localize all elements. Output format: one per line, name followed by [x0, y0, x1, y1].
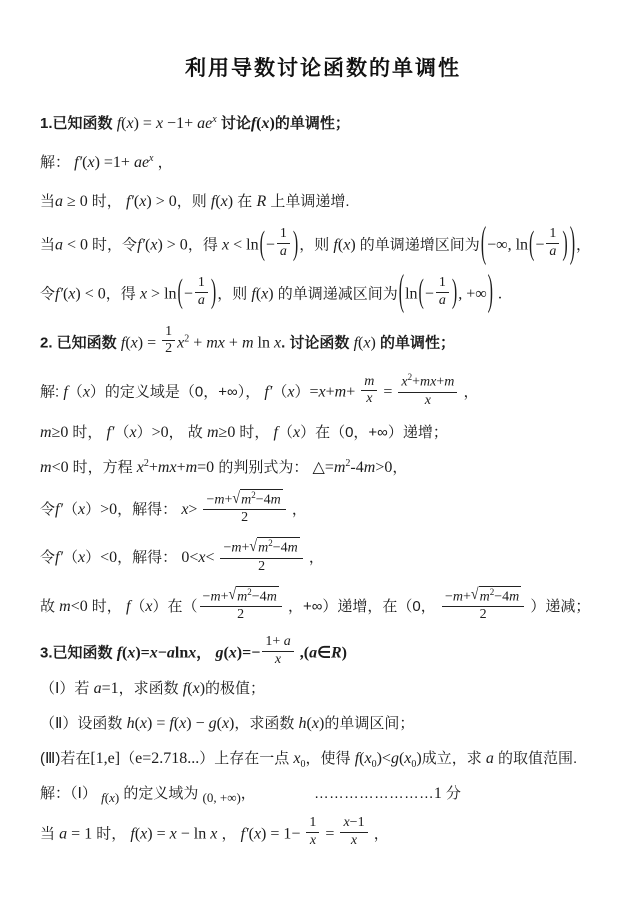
math-bold-roman-fragment: ,( [296, 644, 309, 661]
math-italic-fragment: a [439, 293, 446, 308]
math-bold-italic-fragment: a [309, 644, 317, 661]
text-line: 解：（Ⅰ） f(x) 的定义域为 (0, +∞)，……………………1 分 [40, 782, 606, 807]
sqrt-body: m2−4m [479, 586, 522, 606]
math-roman-fragment: 2 [241, 510, 248, 525]
math-roman-fragment: = [379, 384, 396, 401]
fraction-denominator: x [262, 651, 293, 669]
math-roman-fragment: ≥0 [219, 424, 240, 441]
math-roman-fragment: −1+ [163, 115, 197, 132]
text-line: 3.已知函数 f(x)=x−alnx， g(x)=−1+ ax ,(a∈R) [40, 636, 606, 671]
fraction-numerator: −m+√m2−4m [203, 489, 285, 509]
text-fragment: 时， [72, 424, 106, 441]
text-fragment: ， [459, 384, 478, 401]
math-italic-fragment: f′ [137, 237, 145, 254]
text-fragment: （ [120, 750, 135, 767]
big-paren: ) [569, 213, 576, 280]
text-fragment: 在 [233, 193, 256, 210]
big-paren: ( [418, 269, 425, 321]
text-fragment: ，解得： [117, 501, 181, 518]
text-fragment: ，求函数 [234, 715, 298, 732]
math-italic-fragment: m [364, 374, 374, 389]
radical-sign: √ [471, 587, 479, 606]
bold-text-fragment: 已知函数 [53, 115, 117, 132]
math-roman-fragment: − [445, 589, 453, 604]
math-roman-fragment: −∞, ln [487, 237, 528, 254]
math-italic-fragment: m [59, 598, 71, 615]
math-roman-fragment: −4 [273, 541, 288, 556]
fraction-numerator: −m+√m2−4m [200, 586, 282, 606]
lowered-group: (0, +∞) [203, 790, 241, 805]
text-fragment: ， [392, 459, 407, 476]
math-roman-fragment: 1 [434, 785, 446, 802]
math-bold-italic-fragment: a [167, 644, 175, 661]
fraction-denominator: 2 [220, 558, 302, 576]
sqrt-radical: √m2−4m [228, 586, 278, 606]
text-line: m≥0 时， f′（x）>0， 故 m≥0 时， f（x）在（0，+∞）递增； [40, 421, 606, 446]
fraction: 1a [277, 226, 290, 261]
text-fragment: ，解得： [117, 549, 181, 566]
math-italic-fragment: a [55, 237, 63, 254]
math-italic-fragment: x [87, 154, 94, 171]
text-line: 当 a = 1 时， f(x) = x − ln x ， f′(x) = 1− … [40, 817, 606, 852]
math-italic-fragment: a [94, 680, 102, 697]
text-fragment: （ [278, 424, 293, 441]
math-italic-fragment: x [137, 459, 144, 476]
text-fragment: …………………… [314, 785, 434, 802]
text-fragment: （ [63, 549, 78, 566]
math-roman-fragment: + [326, 384, 335, 401]
text-fragment: ） [85, 549, 100, 566]
math-roman-fragment: −4 [252, 589, 267, 604]
math-roman-fragment: =0 [197, 459, 214, 476]
math-italic-fragment: a [55, 193, 63, 210]
text-fragment: ）在（ [153, 598, 198, 615]
text-fragment: 时， [239, 424, 273, 441]
math-italic-fragment: f′ [74, 154, 82, 171]
math-italic-fragment: x [221, 193, 228, 210]
math-roman-fragment: =1 [102, 680, 119, 697]
text-fragment: ， 故 [169, 424, 207, 441]
math-roman-fragment: −4 [494, 589, 509, 604]
text-fragment: ）递减； [526, 598, 590, 615]
math-italic-fragment: m [242, 334, 254, 351]
math-italic-fragment: f′ [55, 501, 63, 518]
big-paren: ( [177, 269, 184, 321]
fraction-denominator: x [398, 392, 457, 410]
text-fragment: ）在（0，+∞）递增； [300, 424, 448, 441]
math-italic-fragment: m [480, 589, 490, 604]
text-fragment: ，则 [299, 237, 333, 254]
math-italic-fragment: h [299, 715, 307, 732]
math-italic-fragment: m [214, 493, 224, 508]
math-italic-fragment: a [280, 244, 287, 259]
math-italic-fragment: m [241, 493, 251, 508]
fraction-numerator: 1 [306, 815, 319, 832]
fraction-denominator: x [340, 832, 367, 850]
math-roman-fragment: (0, +∞) [203, 790, 241, 805]
fraction-denominator: x [361, 390, 377, 408]
fraction-numerator: x−1 [340, 815, 367, 832]
text-fragment: 当 [40, 237, 55, 254]
text-fragment: 的单调递减区间为 [274, 285, 398, 302]
math-roman-fragment: , +∞ [458, 285, 486, 302]
page-title: 利用导数讨论函数的单调性 [40, 52, 606, 82]
big-paren: ( [259, 220, 266, 272]
math-roman-fragment: = [309, 384, 318, 401]
math-roman-fragment: ) < 0 [75, 285, 105, 302]
math-bold-roman-fragment: ∈ [317, 644, 331, 661]
fraction-numerator: 1 [195, 275, 208, 292]
math-italic-fragment: x [366, 391, 372, 406]
math-roman-fragment: 2 [258, 559, 265, 574]
bold-text-fragment: . 讨论函数 [281, 334, 354, 351]
fraction-denominator: 2 [200, 606, 282, 624]
math-italic-fragment: m [207, 424, 219, 441]
document-content: 1.已知函数 f(x) = x −1+ aex 讨论f(x)的单调性；解： f′… [40, 112, 606, 852]
math-italic-fragment: m [40, 459, 52, 476]
text-fragment: 时，方程 [73, 459, 137, 476]
text-fragment: ）的定义域是（0，+∞）， [90, 384, 264, 401]
math-italic-fragment: f′ [126, 193, 134, 210]
math-roman-fragment: 1 [439, 275, 446, 290]
math-italic-fragment: a [59, 826, 67, 843]
math-roman-fragment: ) = [138, 334, 160, 351]
fraction: mx [361, 374, 377, 409]
sqrt-body: m2−4m [257, 537, 300, 557]
fraction-denominator: 2 [442, 606, 524, 624]
text-fragment: 当 [40, 193, 55, 210]
text-fragment: 的取值范围. [494, 750, 577, 767]
math-roman-fragment: )< [377, 750, 391, 767]
math-italic-fragment: x [145, 598, 152, 615]
math-bold-roman-fragment: ) [342, 644, 347, 661]
math-italic-fragment: x [83, 384, 90, 401]
math-italic-fragment: x [293, 750, 300, 767]
math-roman-fragment: − [266, 237, 275, 254]
text-line: 1.已知函数 f(x) = x −1+ aex 讨论f(x)的单调性； [40, 112, 606, 137]
math-italic-fragment: ae [197, 115, 212, 132]
text-line: 当a ≥ 0 时， f′(x) > 0，则 f(x) 在 R 上单调递增. [40, 190, 606, 215]
math-roman-fragment: − ln [177, 826, 210, 843]
math-roman-fragment: + [346, 384, 359, 401]
fraction-numerator: 1 [436, 275, 449, 292]
radical-sign: √ [232, 490, 240, 509]
sqrt-body: m2−4m [240, 489, 283, 509]
text-fragment: （ [130, 598, 145, 615]
math-italic-fragment: m [364, 459, 376, 476]
text-fragment: 分 [446, 785, 461, 802]
lowered-group: f(x) [101, 790, 119, 805]
math-italic-fragment: m [231, 541, 241, 556]
text-fragment: （ [114, 424, 129, 441]
math-roman-fragment: 1 [198, 275, 205, 290]
text-fragment: （ [272, 384, 287, 401]
math-italic-fragment: f′ [55, 285, 63, 302]
math-roman-fragment: < [205, 549, 218, 566]
text-fragment: ， [217, 826, 240, 843]
text-fragment: 的判别式为： [214, 459, 312, 476]
math-bold-roman-fragment: )=− [237, 644, 261, 661]
math-roman-fragment: △= [313, 459, 334, 476]
document-page: 利用导数讨论函数的单调性 1.已知函数 f(x) = x −1+ aex 讨论f… [0, 0, 642, 907]
bold-text-fragment: 的单调性； [376, 334, 455, 351]
fraction-denominator: a [277, 243, 290, 261]
math-roman-fragment: ln [254, 334, 274, 351]
text-fragment: ， [154, 154, 173, 171]
fraction-numerator: 1 [546, 226, 559, 243]
fraction-denominator: a [436, 292, 449, 310]
fraction-numerator: m [361, 374, 377, 391]
text-fragment: ， [370, 826, 389, 843]
math-roman-fragment: + [224, 493, 232, 508]
math-roman-fragment: 2 [480, 607, 487, 622]
math-roman-fragment: ) > 0 [146, 193, 176, 210]
math-roman-fragment: >0 [100, 501, 117, 518]
fraction-numerator: −m+√m2−4m [220, 537, 302, 557]
math-roman-fragment: ) − [186, 715, 208, 732]
math-italic-fragment: m [271, 493, 281, 508]
sqrt-radical: √m2−4m [249, 537, 299, 557]
math-roman-fragment: ) = 1− [261, 826, 304, 843]
big-paren: ( [528, 220, 535, 272]
math-italic-fragment: m [210, 589, 220, 604]
math-roman-fragment: ln [405, 285, 417, 302]
fraction: 1+ ax [262, 634, 293, 669]
math-roman-fragment: < ln [229, 237, 258, 254]
math-italic-fragment: R [256, 193, 266, 210]
math-italic-fragment: mx [158, 459, 177, 476]
math-italic-fragment: ae [134, 154, 149, 171]
text-fragment: ，+∞）递增，在（0， [284, 598, 440, 615]
text-line: 令f′（x）<0，解得： 0<x< −m+√m2−4m2 ， [40, 539, 606, 577]
text-fragment: ） [137, 424, 152, 441]
math-roman-fragment: 2 [165, 341, 172, 356]
text-fragment: ，求函数 [119, 680, 183, 697]
math-roman-fragment: <0 [52, 459, 73, 476]
math-italic-fragment: m [237, 589, 247, 604]
math-italic-fragment: m [267, 589, 277, 604]
math-italic-fragment: m [288, 541, 298, 556]
fraction: 1a [436, 275, 449, 310]
text-line: m<0 时，方程 x2+mx+m=0 的判别式为： △=m2-4m>0， [40, 456, 606, 481]
text-fragment: 时， [96, 826, 130, 843]
math-roman-fragment: 0< [181, 549, 198, 566]
math-italic-fragment: m [444, 375, 454, 390]
fraction-denominator: 2 [162, 340, 175, 358]
bold-text-fragment: 3. [40, 644, 53, 661]
math-bold-italic-fragment: x [150, 644, 158, 661]
fraction: 1a [546, 226, 559, 261]
text-fragment: 上单调递增. [266, 193, 349, 210]
text-fragment: ）上存在一点 [199, 750, 293, 767]
math-roman-fragment: ) = [147, 715, 169, 732]
math-roman-fragment: + [412, 375, 420, 390]
text-fragment: 令 [40, 285, 55, 302]
sqrt-body: m2−4m [236, 586, 279, 606]
big-paren: ) [292, 220, 299, 272]
math-italic-fragment: a [284, 634, 291, 649]
math-italic-fragment: m [186, 459, 198, 476]
text-fragment: 成立，求 [422, 750, 486, 767]
math-roman-fragment: > ln [147, 285, 176, 302]
math-roman-fragment: >0 [375, 459, 392, 476]
text-fragment: 解：（Ⅰ） [40, 785, 101, 802]
math-roman-fragment: + [177, 459, 186, 476]
math-roman-fragment: − [425, 285, 434, 302]
math-italic-fragment: x [140, 715, 147, 732]
text-fragment: （Ⅰ）若 [40, 680, 94, 697]
text-line: 当a < 0 时，令f′(x) > 0，得 x < ln(−1a)，则 f(x)… [40, 228, 606, 263]
math-roman-fragment: + [149, 459, 158, 476]
math-roman-fragment: . [494, 285, 502, 302]
text-fragment: 的单调递增区间为 [356, 237, 480, 254]
fraction-numerator: 1 [277, 226, 290, 243]
math-roman-fragment: ) =1+ [95, 154, 134, 171]
math-roman-fragment: = 1 [67, 826, 96, 843]
math-roman-fragment: + [463, 589, 471, 604]
big-paren: ) [210, 269, 217, 321]
math-italic-fragment: x [364, 750, 371, 767]
text-fragment: ，得 [188, 237, 222, 254]
math-roman-fragment: + [225, 334, 242, 351]
math-italic-fragment: x [170, 826, 177, 843]
math-italic-fragment: x [131, 334, 138, 351]
math-italic-fragment: x [275, 652, 281, 667]
math-italic-fragment: m [453, 589, 463, 604]
math-bold-italic-fragment: R [331, 644, 342, 661]
math-roman-fragment: −1 [350, 815, 365, 830]
math-italic-fragment: a [486, 750, 494, 767]
text-line: （Ⅰ）若 a=1，求函数 f(x)的极值； [40, 677, 606, 702]
math-roman-fragment: 1 [165, 324, 172, 339]
text-fragment: ，得 [106, 285, 140, 302]
math-italic-fragment: x [425, 393, 431, 408]
math-italic-fragment: x [222, 715, 229, 732]
text-line: 2. 已知函数 f(x) = 12x2 + mx + m ln x. 讨论函数 … [40, 326, 606, 361]
math-italic-fragment: x [129, 424, 136, 441]
math-roman-fragment: -4 [350, 459, 363, 476]
math-roman-fragment: ) = [147, 826, 169, 843]
math-roman-fragment: e=2.718... [135, 750, 199, 767]
math-roman-fragment: 1+ [265, 634, 283, 649]
text-fragment: 解： [40, 154, 74, 171]
bold-text-fragment: ， [196, 644, 215, 661]
math-italic-fragment: f′ [241, 826, 249, 843]
big-paren: ) [487, 261, 494, 328]
bold-text-fragment: 讨论 [217, 115, 251, 132]
math-italic-fragment: x [274, 334, 281, 351]
math-roman-fragment: ) > 0 [157, 237, 187, 254]
math-bold-italic-fragment: x [229, 644, 237, 661]
math-roman-fragment: + [189, 334, 206, 351]
bold-text-fragment: 的单调性； [275, 115, 350, 132]
math-roman-fragment: [1,e] [90, 750, 120, 767]
math-roman-fragment: − [184, 285, 193, 302]
math-roman-fragment: > [188, 501, 201, 518]
fraction: −m+√m2−4m2 [220, 537, 302, 575]
bold-text-fragment: 1. [40, 115, 53, 132]
math-italic-fragment: m [335, 384, 347, 401]
text-line: 令f′（x）>0，解得： x> −m+√m2−4m2 ， [40, 491, 606, 529]
math-bold-roman-fragment: − [158, 644, 167, 661]
math-roman-fragment: −4 [256, 493, 271, 508]
math-italic-fragment: m [334, 459, 346, 476]
radical-sign: √ [228, 587, 236, 606]
text-fragment: ， [305, 549, 324, 566]
math-italic-fragment: x [156, 115, 163, 132]
text-line: (Ⅲ)若在[1,e]（e=2.718...）上存在一点 x0，使得 f(x0)<… [40, 747, 606, 773]
text-line: 解: f（x）的定义域是（0，+∞）， f′（x）=x+m+ mx = x2+m… [40, 374, 606, 411]
math-italic-fragment: f′ [55, 549, 63, 566]
math-roman-fragment: = [321, 826, 338, 843]
text-fragment: ） [85, 501, 100, 518]
text-fragment: 故 [40, 598, 59, 615]
radical-sign: √ [249, 538, 257, 557]
math-italic-fragment: x [319, 384, 326, 401]
text-fragment: 令 [40, 501, 55, 518]
text-line: 令f′(x) < 0，得 x > ln(−1a)，则 f(x) 的单调递减区间为… [40, 277, 606, 312]
math-roman-fragment: 1 [549, 226, 556, 241]
math-italic-fragment: x [310, 833, 316, 848]
math-italic-fragment: g [209, 715, 217, 732]
bold-text-fragment: 2. 已知函数 [40, 334, 121, 351]
fraction-denominator: x [306, 832, 319, 850]
text-fragment: 当 [40, 826, 59, 843]
math-italic-fragment: m [509, 589, 519, 604]
math-italic-fragment: x [126, 115, 133, 132]
big-paren: ( [398, 261, 405, 328]
math-italic-fragment: h [127, 715, 135, 732]
fraction: x2+mx+mx [398, 372, 457, 409]
math-bold-roman-fragment: ln [175, 644, 188, 661]
math-italic-fragment: x [312, 715, 319, 732]
fraction: 1a [195, 275, 208, 310]
text-fragment: 时， [92, 598, 126, 615]
math-roman-fragment: + [221, 589, 229, 604]
fraction: −m+√m2−4m2 [203, 489, 285, 527]
text-line: 解： f′(x) =1+ aex ， [40, 151, 606, 176]
text-fragment: 的定义域为 [119, 785, 202, 802]
math-italic-fragment: mx [420, 375, 436, 390]
math-roman-fragment: − [535, 237, 544, 254]
math-roman-fragment: 2 [237, 607, 244, 622]
fraction-numerator: 1+ a [262, 634, 293, 651]
text-fragment: ， [241, 785, 256, 802]
math-roman-fragment: ≥0 [52, 424, 73, 441]
text-fragment: （Ⅱ）设函数 [40, 715, 127, 732]
text-fragment: （ [63, 501, 78, 518]
fraction: −m+√m2−4m2 [200, 586, 282, 624]
fraction-numerator: 1 [162, 324, 175, 341]
text-fragment: 的单调区间； [324, 715, 414, 732]
math-roman-fragment: <0 [71, 598, 92, 615]
math-italic-fragment: m [40, 424, 52, 441]
math-roman-fragment: <0 [100, 549, 117, 566]
fraction: x−1x [340, 815, 367, 850]
math-roman-fragment: + [242, 541, 250, 556]
math-italic-fragment: mx [206, 334, 225, 351]
math-italic-fragment: x [351, 833, 357, 848]
math-italic-fragment: x [254, 826, 261, 843]
text-fragment: （ [68, 384, 83, 401]
fraction-numerator: −m+√m2−4m [442, 586, 524, 606]
math-roman-fragment: ) = [134, 115, 156, 132]
math-roman-fragment: ) [115, 790, 119, 805]
text-fragment: ，使得 [306, 750, 355, 767]
text-fragment: (Ⅲ)若在 [40, 750, 90, 767]
text-fragment: ， [576, 237, 591, 254]
math-roman-fragment: 1 [309, 815, 316, 830]
